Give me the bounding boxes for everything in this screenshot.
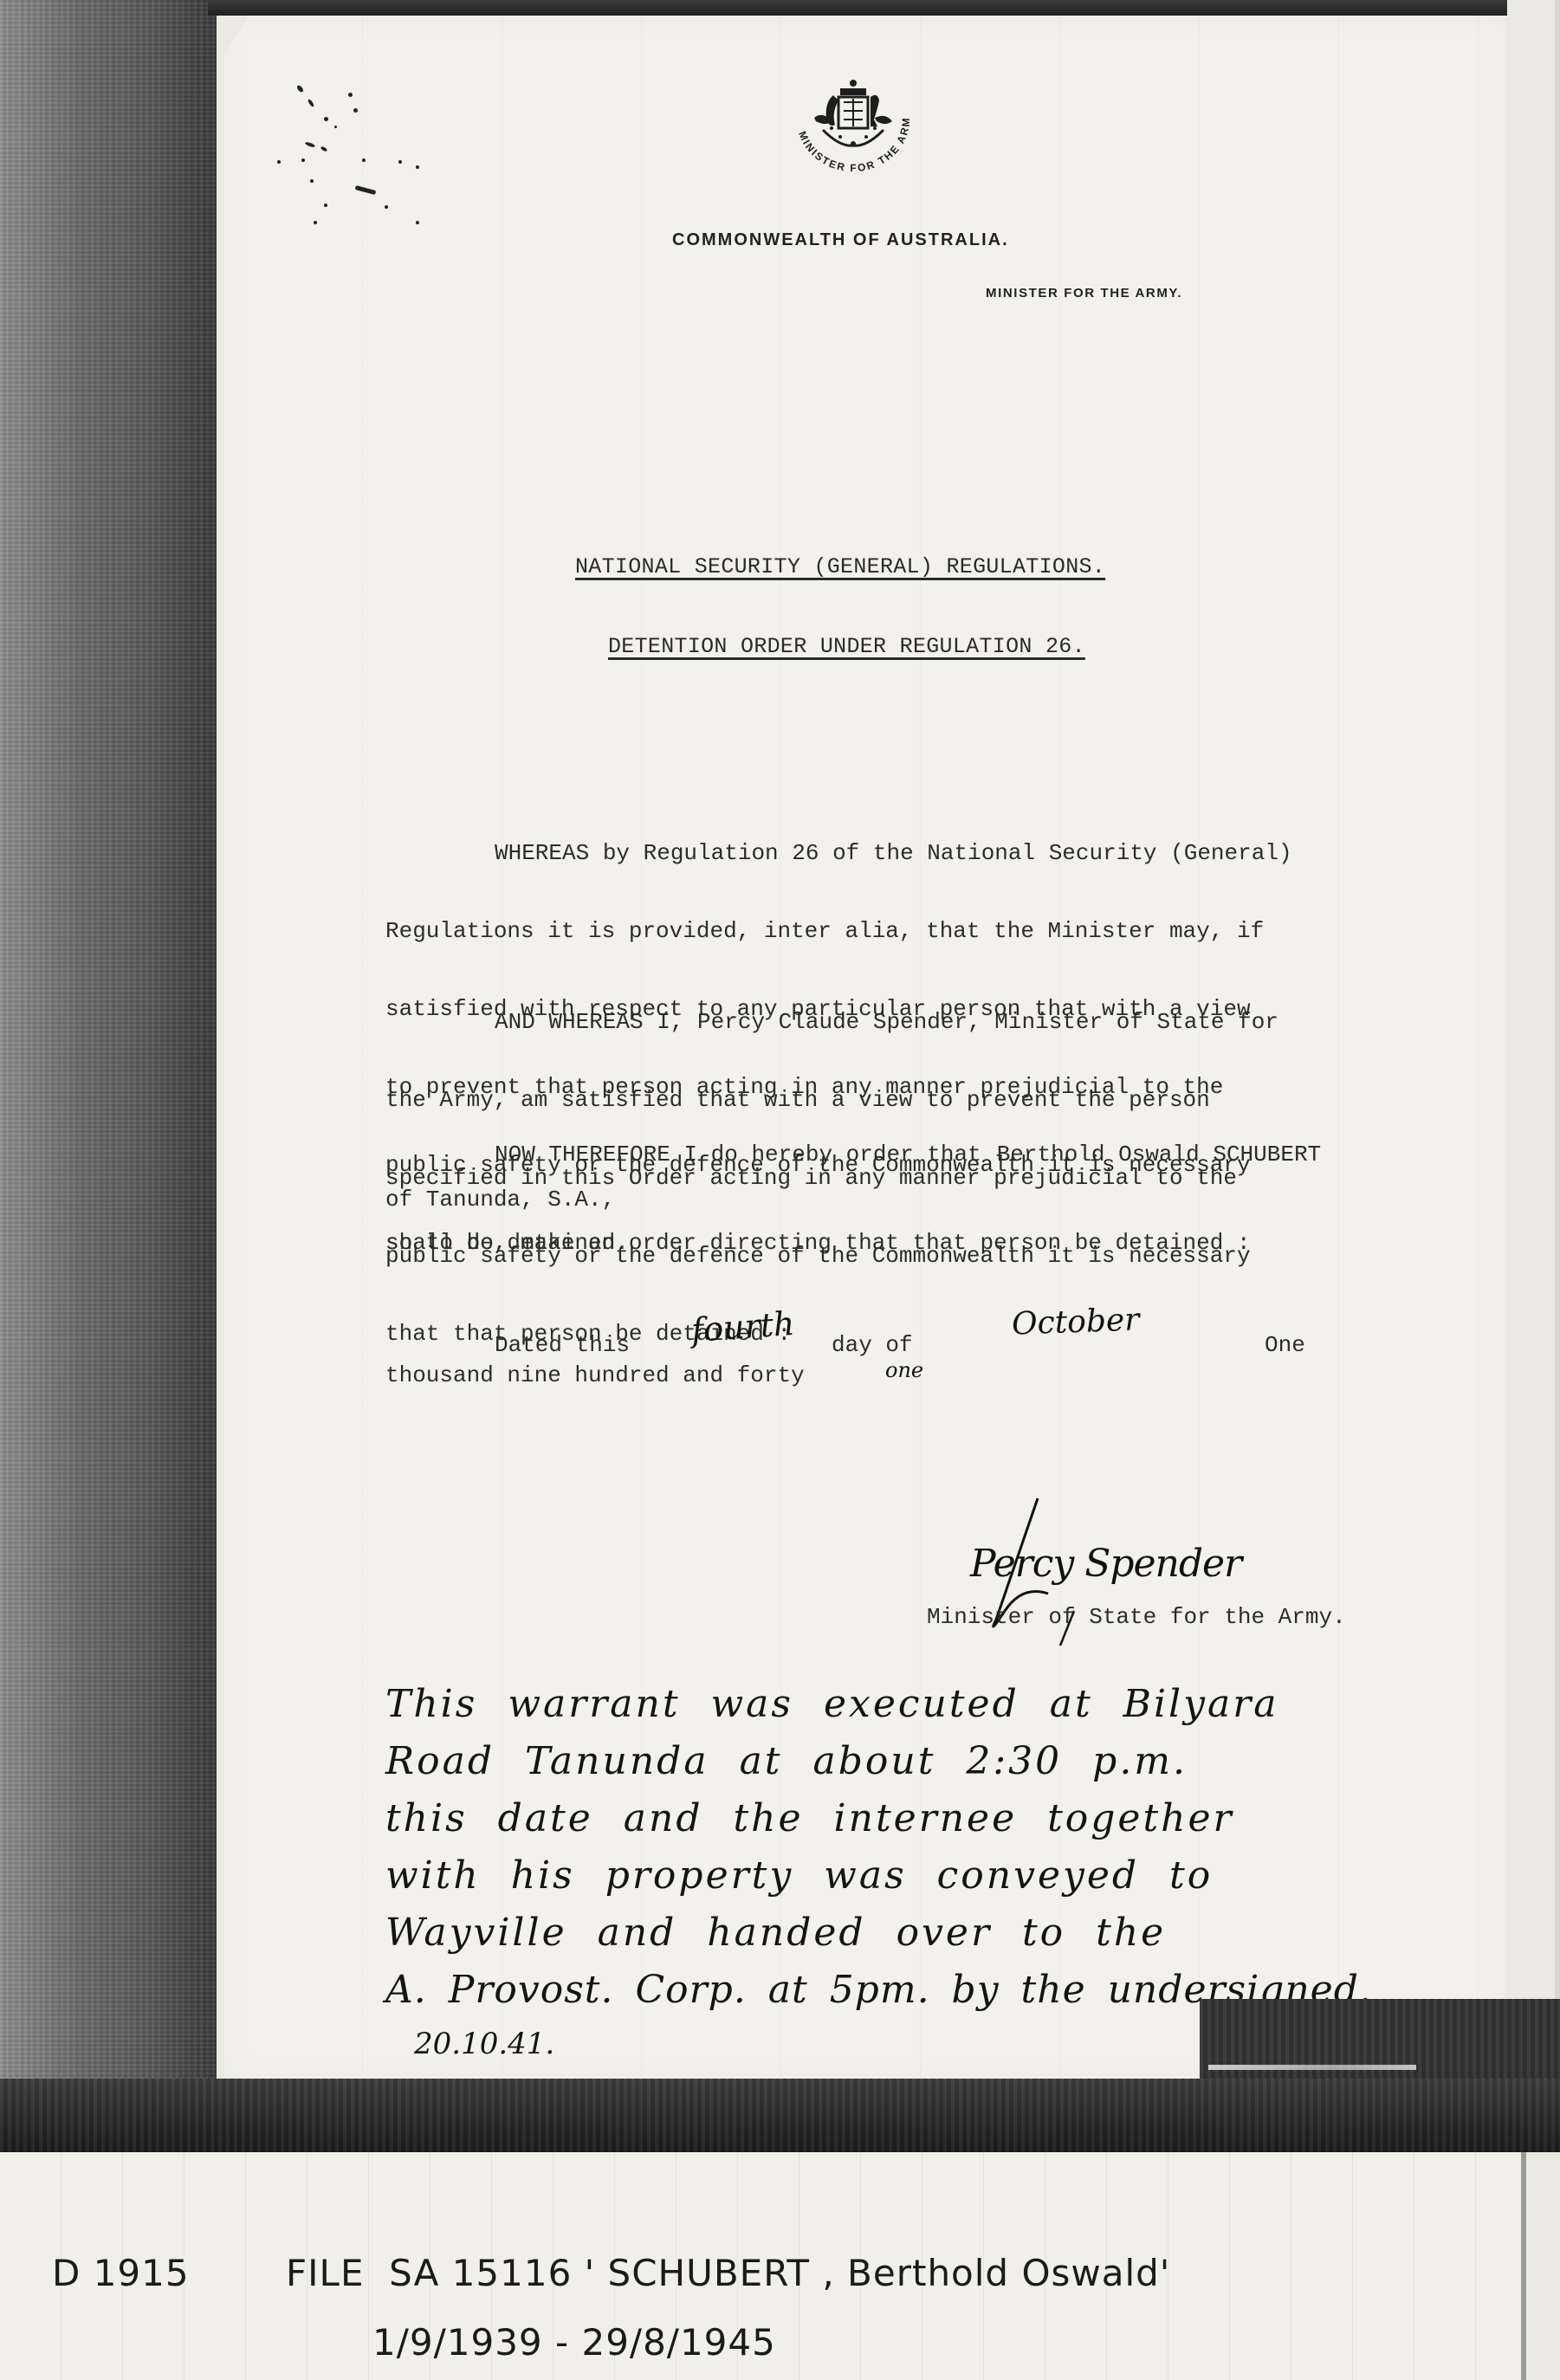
regulations-heading: NATIONAL SECURITY (GENERAL) REGULATIONS. [575,554,1105,579]
scan-overlap-block [1200,1999,1560,2086]
endorsement-date: 20.10.41. [414,2027,554,2061]
letterhead-office: MINISTER FOR THE ARMY. [986,286,1182,301]
order-prefix: NOW THEREFORE I do hereby order that [495,1141,981,1167]
endorsement-line: Road Tanunda at about 2:30 p.m. [385,1733,1511,1790]
execution-endorsement: This warrant was executed at Bilyara Roa… [385,1676,1511,2019]
scan-margin-top [208,0,1507,16]
scan-margin-left [0,0,217,2139]
dated-year-line: thousand nine hundred and forty [385,1362,805,1388]
archive-file-title: FILE SA 15116 ' SCHUBERT , Berthold Oswa… [286,2252,1170,2294]
coat-of-arms-icon: MINISTER FOR THE ARMY [780,76,927,189]
dated-middle: day of [832,1332,913,1358]
text-line: WHEREAS by Regulation 26 of the National… [385,840,1468,866]
stray-marks [295,82,433,230]
handwritten-month: October [1011,1302,1140,1342]
endorsement-line: This warrant was executed at Bilyara [385,1676,1511,1733]
text-line: AND WHEREAS I, Percy Claude Spender, Min… [385,1009,1468,1035]
order-clause: NOW THEREFORE I do hereby order thatBert… [495,1141,1321,1167]
text-line: Regulations it is provided, inter alia, … [385,918,1468,944]
endorsement-line: with his property was conveyed to [385,1847,1511,1905]
text-line: the Army, am satisfied that with a view … [385,1087,1468,1113]
archive-reference: D 1915 [52,2252,190,2294]
letterhead-country: COMMONWEALTH OF AUSTRALIA. [672,230,1009,250]
signatory-title: Minister of State for the Army. [927,1604,1346,1630]
minister-signature: Percy Spender [970,1542,1241,1586]
dated-prefix: Dated this [495,1332,630,1358]
dated-suffix: One [1265,1332,1305,1358]
scan-margin-right [1555,0,1560,2139]
detainee-place: of Tanunda, S.A., [385,1187,615,1213]
order-type-heading: DETENTION ORDER UNDER REGULATION 26. [608,634,1085,659]
endorsement-line: this date and the internee together [385,1790,1511,1847]
archive-date-range: 1/9/1939 - 29/8/1945 [372,2321,776,2364]
detainee-name: Berthold Oswald SCHUBERT [997,1141,1321,1167]
scan-margin-bottom [0,2079,1560,2152]
handwritten-year-suffix: one [885,1358,923,1382]
handwritten-day: fourth [690,1304,796,1349]
detention-clause: shall be detained. [385,1230,629,1256]
endorsement-line: Wayville and handed over to the [385,1905,1511,1962]
